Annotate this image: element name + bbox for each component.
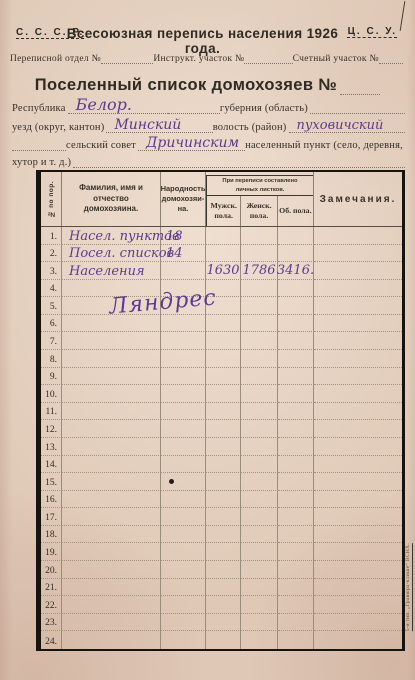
row-number: 8. (41, 350, 62, 368)
row-name-handwritten: Посел. списков (69, 247, 174, 260)
table-row: 1. Насел. пунктов 18 (41, 227, 402, 245)
volost-label: волость (район) (213, 122, 289, 133)
selsoviet-label: сельский совет (66, 140, 138, 151)
instructor-precinct-blank (244, 52, 292, 64)
row-female-count-handwritten: 1786 (242, 264, 275, 277)
row-number: 10. (41, 385, 62, 403)
province-label: губерния (область) (220, 103, 310, 114)
row-male-count-handwritten: 1630 (206, 264, 239, 277)
field-row-khutor: хутор и т. д.) (12, 152, 405, 168)
col-header-nationality: Народность домохозяи-на. (161, 172, 206, 226)
selsoviet-leading-blank (12, 139, 66, 151)
table-row: 11. (41, 403, 402, 421)
row-number: 3. (41, 262, 62, 280)
republic-label: Республика (12, 103, 68, 114)
row-remarks (314, 385, 402, 403)
table-row: 3. Населения 1630 1786 3416. (41, 262, 402, 280)
table-row: 24. (41, 631, 402, 649)
row-nationality-handwritten: 14 (166, 247, 183, 260)
row-number: 17. (41, 508, 62, 526)
row-both-count-handwritten: 3416. (277, 264, 314, 277)
table-row: 16. (41, 491, 402, 509)
row-number: 22. (41, 596, 62, 614)
row-remarks (314, 403, 402, 421)
counting-precinct-blank (379, 52, 403, 64)
row-number: 19. (41, 543, 62, 561)
personal-sheets-group-box: При переписи составлено личных листков. … (206, 175, 313, 226)
corner-pen-stroke (400, 1, 406, 31)
row-number: 11. (41, 403, 62, 421)
row-remarks (314, 543, 402, 561)
personal-sheets-group-label: При переписи составлено личных листков. (207, 176, 313, 196)
row-number: 5. (41, 297, 62, 315)
form-number-blank (340, 81, 380, 95)
row-remarks (314, 526, 402, 544)
table-row: 17. (41, 508, 402, 526)
form-title: Поселенный список домохозяев № (35, 76, 337, 95)
row-number: 16. (41, 491, 62, 509)
field-row-republic: Республика Белор. губерния (область) (12, 96, 405, 114)
row-number: 2. (41, 245, 62, 263)
row-number: 24. (41, 631, 62, 649)
header-precinct-line: Переписной отдел № Инструкт. участок № С… (10, 50, 403, 64)
table-row: 8. (41, 350, 402, 368)
counting-precinct-label: Счетный участок № (293, 54, 379, 64)
row-remarks (314, 368, 402, 386)
ink-blot (169, 479, 174, 484)
row-remarks (314, 227, 402, 245)
col-header-remarks: Замечания. (314, 172, 402, 226)
row-number: 1. (41, 227, 62, 245)
table-row: 2. Посел. списков 14 (41, 245, 402, 263)
table-row: 15. (41, 473, 402, 491)
personal-sheets-subheaders: Мужск. пола. Женск. пола. Об. пола. (207, 196, 313, 226)
table-row: 18. (41, 526, 402, 544)
row-number: 7. (41, 332, 62, 350)
row-remarks (314, 280, 402, 298)
row-remarks (314, 350, 402, 368)
table-row: 19. (41, 543, 402, 561)
uezd-label: уезд (округ, кантон) (12, 122, 106, 133)
table-row: 23. (41, 614, 402, 632)
col-header-female: Женск. пола. (241, 196, 277, 226)
selsoviet-value-handwritten: Дричинским (138, 136, 245, 151)
table-body: 1. Насел. пунктов 18 2. Посел. списков 1… (41, 227, 402, 649)
table-row: 14. (41, 456, 402, 474)
row-remarks (314, 456, 402, 474)
table-header: № по пор. Фамилия, имя и отчество домохо… (41, 172, 402, 227)
row-number: 6. (41, 315, 62, 333)
republic-value-handwritten: Белор. (68, 97, 168, 114)
form-title-row: Поселенный список домохозяев № (0, 76, 415, 95)
row-remarks (314, 332, 402, 350)
row-number: 14. (41, 456, 62, 474)
row-remarks (314, 561, 402, 579)
row-remarks (314, 508, 402, 526)
row-name-handwritten: Населения (69, 265, 145, 278)
table-row: 12. (41, 420, 402, 438)
row-remarks (314, 596, 402, 614)
table-row: 6. (41, 315, 402, 333)
field-row-uezd: уезд (округ, кантон) Минский волость (ра… (12, 115, 405, 133)
row-number: 23. (41, 614, 62, 632)
uezd-value-handwritten: Минский (106, 118, 212, 133)
row-remarks (314, 631, 402, 649)
col-header-personal-sheets-group: При переписи составлено личных листков. … (206, 172, 314, 226)
khutor-label: хутор и т. д.) (12, 157, 73, 168)
row-number: 9. (41, 368, 62, 386)
row-remarks (314, 438, 402, 456)
row-number: 20. (41, 561, 62, 579)
row-number: 21. (41, 579, 62, 597)
census-district-blank (101, 52, 153, 64)
table-row: 21. (41, 579, 402, 597)
row-number: 12. (41, 420, 62, 438)
table-row: 20. (41, 561, 402, 579)
row-remarks (314, 245, 402, 263)
row-number-rotated-label: № по пор. (48, 181, 55, 218)
table-row: 13. (41, 438, 402, 456)
settlement-label: населенный пункт (село, деревня, (245, 140, 405, 151)
col-header-row-number: № по пор. (41, 172, 62, 226)
field-row-selsoviet: сельский совет Дричинским населенный пун… (12, 133, 405, 151)
table-row: 4. (41, 280, 402, 298)
census-form-page: С. С. С. Р. Всесоюзная перепись населени… (0, 0, 415, 680)
row-remarks (314, 614, 402, 632)
col-header-name: Фамилия, имя и отчество домохозяина. (62, 172, 161, 226)
row-number: 18. (41, 526, 62, 544)
row-remarks (314, 491, 402, 509)
row-remarks (314, 315, 402, 333)
col-header-both-sexes: Об. пола. (278, 196, 313, 226)
row-number: 4. (41, 280, 62, 298)
volost-value-handwritten: пуховичский (289, 119, 405, 133)
province-blank (310, 102, 405, 114)
row-remarks (314, 579, 402, 597)
row-remarks (314, 420, 402, 438)
table-row: 5. (41, 297, 402, 315)
table-row: 7. (41, 332, 402, 350)
row-number: 15. (41, 473, 62, 491)
table-row: 10. (41, 385, 402, 403)
row-number: 13. (41, 438, 62, 456)
khutor-blank (73, 156, 405, 168)
instructor-precinct-label: Инструкт. участок № (153, 54, 244, 64)
printer-imprint: 5-я тип. „Гравюра-клише“ ВСНХ. (405, 543, 413, 631)
header-csu-abbr: Ц. С. У. (348, 26, 397, 37)
table-row: 22. (41, 596, 402, 614)
table-row: 9. (41, 368, 402, 386)
col-header-male: Мужск. пола. (207, 196, 241, 226)
row-remarks (314, 262, 402, 280)
householders-table: № по пор. Фамилия, имя и отчество домохо… (36, 170, 405, 651)
row-remarks (314, 297, 402, 315)
census-district-label: Переписной отдел № (10, 54, 101, 64)
row-nationality-handwritten: 18 (166, 230, 183, 243)
row-remarks (314, 473, 402, 491)
